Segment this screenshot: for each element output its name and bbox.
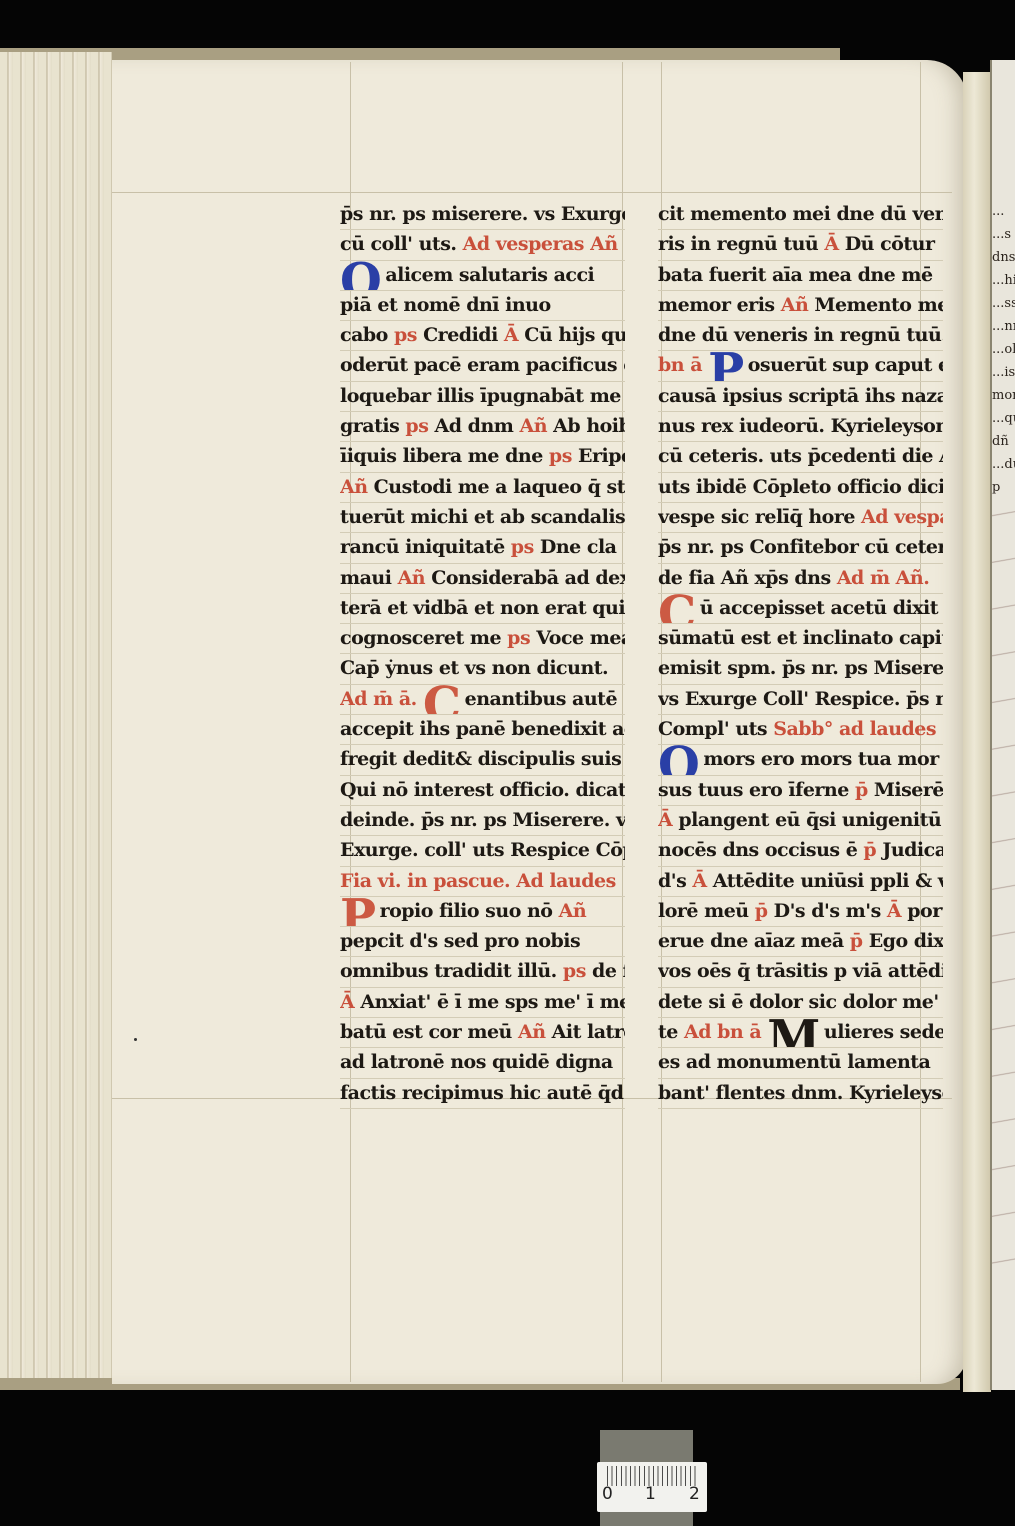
text-segment: vespe sic relīq̄ hore — [658, 506, 861, 528]
rubric-text: Añ — [518, 1021, 552, 1043]
text-segment: cognosceret me — [340, 627, 507, 649]
text-segment: D's d's m's — [774, 900, 887, 922]
text-segment: Dne cla — [540, 536, 617, 558]
text-segment: batū est cor meū — [340, 1021, 518, 1043]
text-segment: cū coll' uts. — [340, 233, 463, 255]
manuscript-line: loquebar illis īpugnabāt me — [340, 382, 625, 412]
manuscript-line: pepcit d's sed pro nobis — [340, 927, 625, 957]
text-segment: omnibus tradidit illū. — [340, 960, 563, 982]
manuscript-line: bant' flentes dnm. Kyrieleysō. — [658, 1079, 943, 1109]
text-segment: ulieres sedentes — [824, 1021, 943, 1043]
scale-label-0: 0 — [602, 1484, 613, 1504]
decorated-initial: C — [423, 685, 461, 715]
facing-line: ...qui dñ — [992, 407, 1015, 453]
text-segment: de fia Añ xp̄s dns — [658, 567, 837, 589]
manuscript-line: Omors ero mors tua mor — [658, 745, 943, 775]
rubric-text: Sabb° ad laudes ā — [773, 718, 943, 740]
text-segment: ropio filio suo nō — [380, 900, 559, 922]
manuscript-line: Ad m̄ ā. Cenantibus autē — [340, 685, 625, 715]
rubric-text: ps — [549, 445, 578, 467]
manuscript-line: tuerūt michi et ab scandalis ope — [340, 503, 625, 533]
text-segment: p̄s nr. ps Confitebor cū ceteris. — [658, 536, 943, 558]
manuscript-line: Propio filio suo nō Añ — [340, 897, 625, 927]
text-segment: osuerūt sup caput e' — [748, 354, 943, 376]
text-segment: Ait latro — [552, 1021, 625, 1043]
manuscript-line: cognosceret me ps Voce mea. — [340, 624, 625, 654]
rubric-text: p̄ — [855, 779, 874, 801]
text-segment: lorē meū — [658, 900, 755, 922]
facing-line: ...is, more — [992, 361, 1015, 407]
text-segment: Attēdite uniūsi ppli & videte do — [713, 870, 943, 892]
text-segment: porta īferi — [907, 900, 943, 922]
text-segment: terā et vidbā et non erat qui m — [340, 597, 625, 619]
facing-line: ...ssit — [992, 292, 1015, 315]
manuscript-line: dete si ē dolor sic dolor me' p̄ lauda — [658, 988, 943, 1018]
text-segment: p̄s nr. ps miserere. vs Exurge. — [340, 203, 625, 225]
rubric-text: ps — [394, 324, 423, 346]
text-segment: Anxiat' ē ī me sps me' ī me tur — [360, 991, 625, 1013]
facing-line: ...nmur — [992, 315, 1015, 338]
manuscript-line: sus tuus ero īferne p̄ Miserē — [658, 776, 943, 806]
text-segment: vos oēs q̄ trāsitis p viā attēdite & vi — [658, 960, 943, 982]
manuscript-line: Añ Custodi me a laqueo q̄ sta — [340, 473, 625, 503]
manuscript-line: vs Exurge Coll' Respice. p̄s nr — [658, 685, 943, 715]
rubric-text: bn ā — [658, 354, 708, 376]
rubric-text: Añ — [340, 476, 374, 498]
manuscript-line: te Ad bn ā Mulieres sedentes — [658, 1018, 943, 1048]
text-segment: Cū hijs qui — [524, 324, 625, 346]
rubric-text: p̄ — [850, 930, 869, 952]
manuscript-line: ad latronē nos quidē digna — [340, 1048, 625, 1078]
manuscript-line: batū est cor meū Añ Ait latro — [340, 1018, 625, 1048]
rubric-text: Ā — [887, 900, 907, 922]
text-segment: vs Exurge Coll' Respice. p̄s nr — [658, 688, 943, 710]
text-segment: Compl' uts — [658, 718, 773, 740]
rubric-text: Ā — [692, 870, 712, 892]
rubric-text: Ā — [504, 324, 524, 346]
rubric-text: ps — [405, 415, 434, 437]
text-segment: dne dū veneris in regnū tuū. — [658, 324, 943, 346]
manuscript-line: ris in regnū tuū Ā Dū cōtur — [658, 230, 943, 260]
text-segment: bant' flentes dnm. Kyrieleysō. — [658, 1082, 943, 1104]
text-segment: ū accepisset acetū dixit cō — [700, 597, 943, 619]
manuscript-line: dne dū veneris in regnū tuū. Ad — [658, 321, 943, 351]
rubric-text: p̄ — [863, 839, 882, 861]
manuscript-line: piā et nomē dnī inuo — [340, 291, 625, 321]
text-segment: Voce mea. — [536, 627, 625, 649]
ruling-horizontal — [112, 192, 952, 193]
text-segment: mors ero mors tua mor — [703, 748, 938, 770]
text-segment: Credidi — [423, 324, 504, 346]
text-segment: nus rex iudeorū. Kyrieleyson. — [658, 415, 943, 437]
manuscript-line: terā et vidbā et non erat qui m — [340, 594, 625, 624]
manuscript-line: oderūt pacē eram pacificus cum — [340, 351, 625, 381]
manuscript-line: sūmatū est et inclinato capite — [658, 624, 943, 654]
facing-page-text: ......s dns...his...ssit...nmur...olamus… — [992, 200, 1015, 499]
rubric-text: Ad m̄ Añ. — [837, 567, 930, 589]
manuscript-line: p̄s nr. ps miserere. vs Exurge. — [340, 200, 625, 230]
manuscript-line: cū ceteris. uts p̄cedenti die Ad hōs — [658, 442, 943, 472]
rubric-text: Ad m̄ ā. — [340, 688, 423, 710]
rubric-text: Añ — [398, 567, 432, 589]
rubric-text: Ā — [340, 991, 360, 1013]
manuscript-line: Ā Anxiat' ē ī me sps me' ī me tur — [340, 988, 625, 1018]
text-segment: tuerūt michi et ab scandalis ope — [340, 506, 625, 528]
rubric-text: Añ — [781, 294, 815, 316]
manuscript-line: fregit dedit& discipulis suis V — [340, 745, 625, 775]
manuscript-line: bn ā Posuerūt sup caput e' — [658, 351, 943, 381]
manuscript-line: omnibus tradidit illū. ps de fia — [340, 957, 625, 987]
manuscript-line: lorē meū p̄ D's d's m's Ā porta īferi — [658, 897, 943, 927]
facing-page-rulings — [992, 470, 1015, 1270]
rubric-heading: Fia vi. in pascue. Ad laudes — [340, 870, 616, 892]
right-text-column: cit memento mei dne dū vene ris in regnū… — [658, 200, 943, 1109]
manuscript-line: Ā plangent eū q̄si unigenitū q̄ in — [658, 806, 943, 836]
rubric-text: ps — [507, 627, 536, 649]
rubric-text: Ad vesperas Añ — [463, 233, 618, 255]
decorated-initial: P — [708, 351, 744, 381]
text-segment: alicem salutaris acci — [385, 264, 594, 286]
decorated-initial: M — [767, 1018, 820, 1048]
text-segment: Miserē — [874, 779, 943, 801]
text-segment: Considerabā ad dex — [431, 567, 625, 589]
facing-line: ...his — [992, 269, 1015, 292]
text-segment: rancū iniquitatē — [340, 536, 511, 558]
ink-spot — [134, 1038, 137, 1041]
text-segment: Eripe — [578, 445, 625, 467]
text-segment: Ego dixi — [869, 930, 943, 952]
text-segment: pepcit d's sed pro nobis — [340, 930, 580, 952]
manuscript-line: īiquis libera me dne ps Eripe — [340, 442, 625, 472]
manuscript-line: deinde. p̄s nr. ps Miserere. vsus — [340, 806, 625, 836]
manuscript-line: p̄s nr. ps Confitebor cū ceteris. — [658, 533, 943, 563]
text-segment: Qui nō interest officio. dicat — [340, 779, 625, 801]
manuscript-line: maui Añ Considerabā ad dex — [340, 564, 625, 594]
manuscript-line: Qui nō interest officio. dicat — [340, 776, 625, 806]
facing-line: ...olamus — [992, 338, 1015, 361]
rubric-text: Ā — [658, 809, 678, 831]
scale-label-1: 1 — [645, 1484, 656, 1504]
facing-line: ... — [992, 200, 1015, 223]
text-segment: es ad monumentū lamenta — [658, 1051, 930, 1073]
manuscript-line: erue dne aīaz meā p̄ Ego dixi Ā O — [658, 927, 943, 957]
text-segment: loquebar illis īpugnabāt me — [340, 385, 621, 407]
text-segment: fregit dedit& discipulis suis — [340, 748, 625, 770]
scale-bar-ticks — [607, 1466, 699, 1486]
manuscript-line: cū coll' uts. Ad vesperas Añ — [340, 230, 625, 260]
text-segment: maui — [340, 567, 398, 589]
manuscript-line: Compl' uts Sabb° ad laudes ā — [658, 715, 943, 745]
manuscript-line: vos oēs q̄ trāsitis p viā attēdite & vi — [658, 957, 943, 987]
scale-label-2: 2 — [689, 1484, 700, 1504]
text-segment: factis recipimus hic autē q̄d fe — [340, 1082, 625, 1104]
text-segment: uts ibidē Cōpleto officio dicitur — [658, 476, 943, 498]
manuscript-line: causā ipsius scriptā ihs nazare — [658, 382, 943, 412]
text-segment: Memento mei — [814, 294, 943, 316]
text-segment: cū ceteris. uts p̄cedenti die Ad hōs — [658, 445, 943, 467]
decorated-initial: O — [658, 745, 699, 775]
manuscript-line: uts ibidē Cōpleto officio dicitur — [658, 473, 943, 503]
manuscript-line: Cū accepisset acetū dixit cō — [658, 594, 943, 624]
text-segment: accepit ihs panē benedixit ac — [340, 718, 625, 740]
scale-bar: 0 1 2 — [597, 1462, 707, 1512]
manuscript-line: Exurge. coll' uts Respice Cōpl' uts. — [340, 836, 625, 866]
manuscript-line: de fia Añ xp̄s dns Ad m̄ Añ. — [658, 564, 943, 594]
text-segment: d's — [658, 870, 692, 892]
text-segment: memor eris — [658, 294, 781, 316]
text-segment: sūmatū est et inclinato capite — [658, 627, 943, 649]
manuscript-line: nocēs dns occisus ē p̄ Judica me — [658, 836, 943, 866]
rubric-text: Añ — [520, 415, 554, 437]
manuscript-line: memor eris Añ Memento mei — [658, 291, 943, 321]
decorated-initial: P — [340, 897, 376, 927]
rubric-text: p̄ — [755, 900, 774, 922]
manuscript-line: cit memento mei dne dū vene — [658, 200, 943, 230]
decorated-initial: C — [658, 594, 696, 624]
text-segment: erue dne aīaz meā — [658, 930, 850, 952]
text-segment: Dū cōtur — [845, 233, 935, 255]
text-segment: enantibus autē — [465, 688, 617, 710]
rubric-text: Añ — [559, 900, 587, 922]
text-segment: cabo — [340, 324, 394, 346]
text-segment: Custodi me a laqueo q̄ sta — [374, 476, 625, 498]
manuscript-line: nus rex iudeorū. Kyrieleyson. — [658, 412, 943, 442]
rubric-text: ps — [563, 960, 592, 982]
text-segment: ad latronē nos quidē digna — [340, 1051, 613, 1073]
text-segment: cit memento mei dne dū vene — [658, 203, 943, 225]
text-segment: Ab hoib' — [553, 415, 625, 437]
manuscript-line: emisit spm. p̄s nr. ps Miserere — [658, 654, 943, 684]
text-segment: bata fuerit aīa mea dne mē — [658, 264, 933, 286]
manuscript-line: cabo ps Credidi Ā Cū hijs qui — [340, 321, 625, 351]
left-text-column: p̄s nr. ps miserere. vs Exurge. cū coll'… — [340, 200, 625, 1109]
text-segment: emisit spm. p̄s nr. ps Miserere — [658, 657, 943, 679]
text-segment: oderūt pacē eram pacificus cum — [340, 354, 625, 376]
rubric-text: Ad bn ā — [684, 1021, 767, 1043]
text-segment: Judica me — [882, 839, 943, 861]
manuscript-line: rancū iniquitatē ps Dne cla — [340, 533, 625, 563]
text-segment: Ad dnm — [435, 415, 520, 437]
manuscript-line: Fia vi. in pascue. Ad laudes — [340, 867, 625, 897]
rubric-text: Ad vespas. — [861, 506, 943, 528]
text-segment: sus tuus ero īferne — [658, 779, 855, 801]
decorated-initial: Q — [340, 261, 381, 291]
text-segment: gratis — [340, 415, 405, 437]
text-segment: deinde. p̄s nr. ps Miserere. vsus — [340, 809, 625, 831]
manuscript-line: gratis ps Ad dnm Añ Ab hoib' — [340, 412, 625, 442]
manuscript-line: Cap̄ ẏnus et vs non dicunt. — [340, 654, 625, 684]
manuscript-line: factis recipimus hic autē q̄d fe — [340, 1079, 625, 1109]
text-segment: Cap̄ ẏnus et vs non dicunt. — [340, 657, 608, 679]
manuscript-line: Qalicem salutaris acci — [340, 261, 625, 291]
manuscript-line: d's Ā Attēdite uniūsi ppli & videte do — [658, 867, 943, 897]
manuscript-line: es ad monumentū lamenta — [658, 1048, 943, 1078]
text-segment: īiquis libera me dne — [340, 445, 549, 467]
manuscript-line: vespe sic relīq̄ hore Ad vespas. — [658, 503, 943, 533]
rubric-text: ps — [511, 536, 540, 558]
text-segment: causā ipsius scriptā ihs nazare — [658, 385, 943, 407]
facing-line: ...s dns — [992, 223, 1015, 269]
text-segment: nocēs dns occisus ē — [658, 839, 863, 861]
manuscript-line: accepit ihs panē benedixit ac — [340, 715, 625, 745]
gutter-fold — [963, 72, 991, 1392]
text-segment: de fia — [592, 960, 625, 982]
text-segment: Exurge. coll' uts Respice Cōpl' uts. — [340, 839, 625, 861]
page-stack-edge — [0, 52, 112, 1384]
text-segment: piā et nomē dnī inuo — [340, 294, 551, 316]
text-segment: ris in regnū tuū — [658, 233, 824, 255]
text-segment: dete si ē dolor sic dolor me' — [658, 991, 943, 1013]
text-segment: plangent eū q̄si unigenitū q̄ in — [678, 809, 943, 831]
rubric-text: Ā — [824, 233, 844, 255]
text-segment: te — [658, 1021, 684, 1043]
manuscript-line: bata fuerit aīa mea dne mē — [658, 261, 943, 291]
